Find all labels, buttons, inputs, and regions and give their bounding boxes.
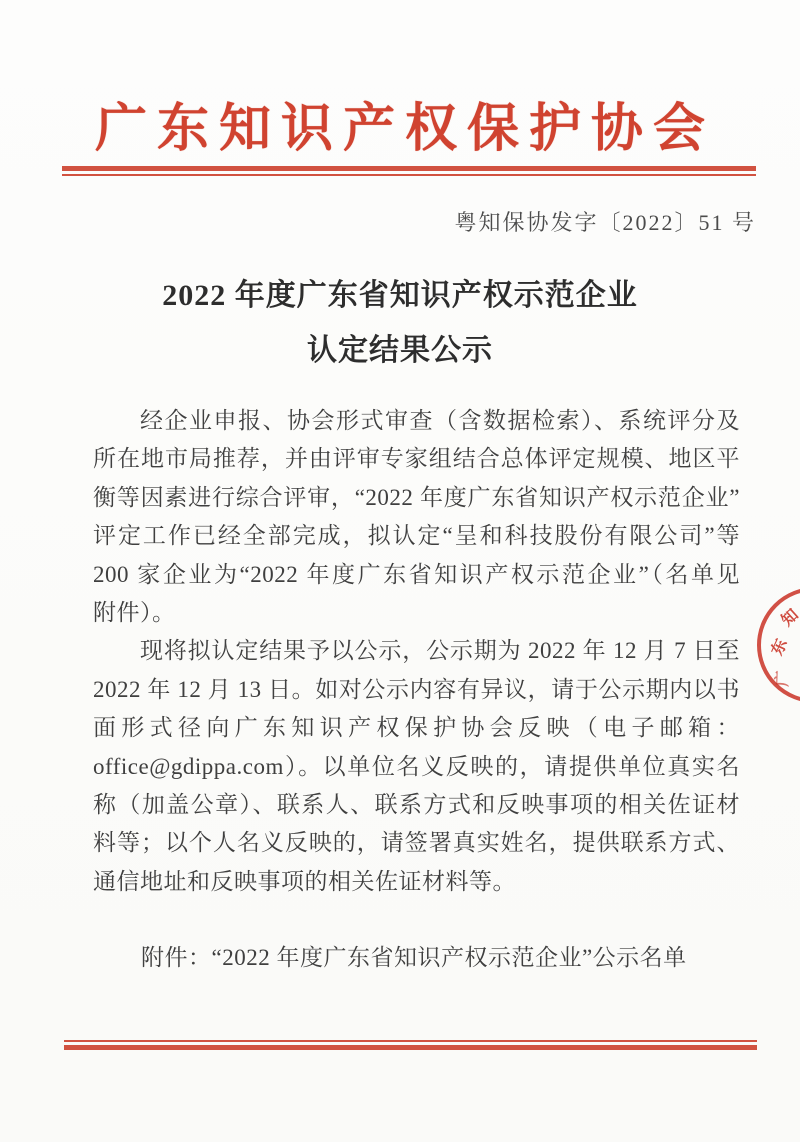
- body-line: 称（加盖公章）、联系人、联系方式和反映事项的相关佐证材: [93, 786, 740, 824]
- body-line: 2022 年 12 月 13 日。如对公示内容有异议，请于公示期内以书: [93, 671, 740, 709]
- body-line: 现将拟认定结果予以公示，公示期为 2022 年 12 月 7 日至: [93, 632, 740, 670]
- attachment-line: 附件：“2022 年度广东省知识产权示范企业”公示名单: [93, 939, 740, 977]
- body-line: 面形式径向广东知识产权保护协会反映（电子邮箱：: [93, 709, 740, 747]
- body-line: office@gdippa.com）。以单位名义反映的，请提供单位真实名: [93, 748, 740, 786]
- document-page: 广东知识产权保护协会 粤知保协发字〔2022〕51 号 2022 年度广东省知识…: [0, 0, 800, 1142]
- body-line: 附件）。: [93, 594, 740, 632]
- document-title-line-2: 认定结果公示: [0, 323, 800, 378]
- body-line: 200 家企业为“2022 年度广东省知识产权示范企业”（名单见: [93, 556, 740, 594]
- footer-rule: [64, 1040, 757, 1050]
- seal-char: 广: [769, 670, 793, 687]
- body-line: 通信地址和反映事项的相关佐证材料等。: [93, 863, 740, 901]
- document-title: 2022 年度广东省知识产权示范企业 认定结果公示: [0, 268, 800, 378]
- body-line: 评定工作已经全部完成，拟认定“呈和科技股份有限公司”等: [93, 517, 740, 555]
- paragraph-2: 现将拟认定结果予以公示，公示期为 2022 年 12 月 7 日至 2022 年…: [93, 632, 740, 901]
- body-line: 所在地市局推荐，并由评审专家组结合总体评定规模、地区平: [93, 440, 740, 478]
- seal-char: 东: [764, 635, 792, 659]
- document-number: 粤知保协发字〔2022〕51 号: [454, 206, 756, 237]
- official-seal: 知 东 广: [757, 587, 800, 703]
- document-title-line-1: 2022 年度广东省知识产权示范企业: [0, 268, 800, 323]
- body-line: 衡等因素进行综合评审，“2022 年度广东省知识产权示范企业”: [93, 479, 740, 517]
- paragraph-1: 经企业申报、协会形式审查（含数据检索）、系统评分及 所在地市局推荐，并由评审专家…: [93, 402, 740, 632]
- letterhead-org-name: 广东知识产权保护协会: [0, 86, 800, 161]
- body-line: 料等；以个人名义反映的，请签署真实姓名，提供联系方式、: [93, 824, 740, 862]
- document-body: 经企业申报、协会形式审查（含数据检索）、系统评分及 所在地市局推荐，并由评审专家…: [93, 402, 740, 978]
- letterhead-rule: [62, 166, 756, 176]
- body-line: 经企业申报、协会形式审查（含数据检索）、系统评分及: [93, 402, 740, 440]
- seal-char: 知: [775, 603, 800, 631]
